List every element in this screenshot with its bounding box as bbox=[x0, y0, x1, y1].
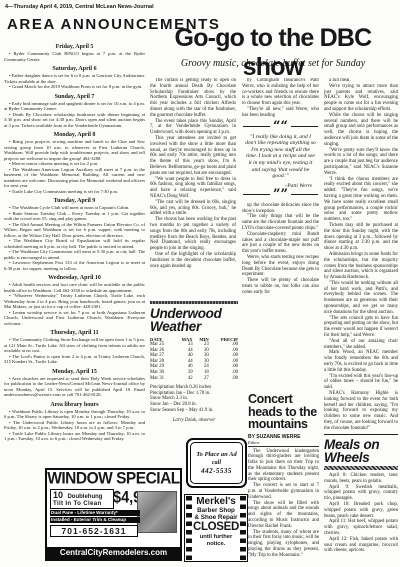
announcement-item: • Early bird rummage sale and spaghetti … bbox=[4, 101, 145, 112]
pull-quote: ““ "I really like doing it, and I don't … bbox=[243, 123, 318, 199]
rule-line bbox=[243, 126, 270, 127]
place-an-ad-ticket: To Place an Ad call 442-5535 bbox=[186, 438, 247, 488]
hatch-divider-bar bbox=[324, 466, 398, 470]
window-ad-phone: 701-652-1631 bbox=[50, 525, 138, 537]
text-item: April 8: Chicken tenders, tator rounds, … bbox=[324, 473, 398, 485]
text-item: "We want people to feel free to dress in… bbox=[150, 177, 236, 200]
section-divider-bar bbox=[150, 301, 238, 304]
window-ad-qty: 10 bbox=[53, 490, 63, 500]
announcement-item: • The Underwood Public Library hours are… bbox=[4, 420, 145, 431]
merkels-note: until further notice. bbox=[193, 534, 239, 547]
rule-line bbox=[243, 194, 270, 195]
dbc-subhead: Groovy music, chocolate buffet set for S… bbox=[148, 58, 398, 69]
folio-line: 4—Thursday April 4, 2019, Central McLean… bbox=[5, 4, 265, 10]
open-quote-icon: ““ bbox=[270, 123, 291, 131]
window-ad-feature-bar-1: Dual Pane - Lifetime Warranty* bbox=[50, 510, 140, 516]
text-item: "And all of our amazing choir members," … bbox=[324, 339, 398, 351]
newspaper-page: 4—Thursday April 4, 2019, Central McLean… bbox=[0, 0, 400, 567]
weather-table-body: Mar 253323.00Mar 264430.00Mar 274030.00M… bbox=[150, 342, 238, 381]
text-item: One of the highlights of the scholarship… bbox=[150, 252, 236, 269]
text-item: Snow Season Sep – May 41.9 in. bbox=[150, 408, 238, 414]
window-ad-feature-bar-2: Installed - Exterior Trim & Cleanup bbox=[50, 517, 140, 523]
ticket-line2: call bbox=[191, 459, 242, 467]
text-item: NEAC's Harmony Highle is looking forward… bbox=[324, 391, 398, 432]
text-item: While the chorus will be singing several… bbox=[324, 113, 398, 148]
text-item: We're trying to attract more than just p… bbox=[324, 84, 398, 113]
announcement-item: • Father daughter dance is set for 6 to … bbox=[4, 73, 145, 84]
text-item: Mark Wood, an NEAC member who fondly rem… bbox=[324, 350, 398, 373]
merkels-name: Merkel's bbox=[193, 497, 239, 507]
dbc-article-column-2: by Cottingham Insurance's Patti Werre, w… bbox=[242, 78, 319, 392]
weather-table: DATEMAXMINPRECIP Mar 253323.00Mar 264430… bbox=[150, 337, 238, 381]
text-item: There will be plenty of chocolate treats… bbox=[242, 278, 319, 295]
window-ad-website: CentralCityRemodelers.com bbox=[47, 547, 180, 559]
dbc-col2-post: up the chocolate delicacies since the sh… bbox=[242, 203, 319, 296]
announcement-item: • "Whatever Wednesday" Trinity Lutheran … bbox=[4, 293, 145, 310]
merkels-status: CLOSED bbox=[193, 521, 239, 534]
window-special-ad: WINDOW SPECIAL 10 Doublehung Tilt In To … bbox=[45, 468, 182, 561]
announcement-item: • Area churches are requested to send th… bbox=[4, 376, 145, 398]
announcement-item: • Lawrence Stephenson Post 133 of the Am… bbox=[4, 260, 145, 271]
announcement-item: • The 63rd Annual Meeting of the Wilton … bbox=[4, 222, 145, 239]
dbc-col2-pre: by Cottingham Insurance's Patti Werre, w… bbox=[242, 78, 319, 119]
announcement-item: • Grand March for the 2019 Washburn Prom… bbox=[4, 84, 145, 90]
announcement-item: • Turtle Lake City Commission meeting is… bbox=[4, 189, 145, 195]
film-strip-icon bbox=[240, 496, 246, 560]
announcement-item: • The Lord's Pantry is open from 2 to 4 … bbox=[4, 354, 145, 365]
text-item: The chorus has been working for the past… bbox=[150, 217, 236, 252]
window-ad-offer-line2: Tilt In To Clean bbox=[53, 501, 111, 508]
announcement-item: • The Washburn City Commission will meet… bbox=[4, 249, 145, 260]
weather-observer: Larry Dziuk, observer bbox=[150, 418, 238, 423]
rule-line bbox=[291, 126, 318, 127]
merkels-ad-text: Merkel's Barber Shop & Shoe Repair CLOSE… bbox=[193, 495, 239, 561]
announcement-item: • Washburn Public Library is open Monday… bbox=[4, 409, 145, 420]
announcements-column: Friday, April 5• Ryder Community Club BI… bbox=[4, 40, 145, 466]
text-item: "The cast will be dressed in 60s, singin… bbox=[150, 200, 236, 217]
text-item: "I'm excited with this year's line-up of… bbox=[324, 374, 398, 391]
text-item: The Underwood kindergarten through third… bbox=[248, 449, 319, 484]
announcement-item: • Death By Chocolate scholarship fundrai… bbox=[4, 112, 145, 129]
film-strip-icon bbox=[186, 496, 192, 560]
text-item: "We're pretty sure they'll know the word… bbox=[324, 148, 398, 177]
pull-quote-text: "I really like doing it, and I don't lik… bbox=[245, 134, 316, 180]
text-item: "The only things that will be the same a… bbox=[242, 214, 319, 231]
window-installer-photo bbox=[137, 491, 177, 533]
text-item: The concert is set to start at 7 p.m. at… bbox=[248, 483, 319, 500]
day-header: Monday, April 15 bbox=[4, 369, 145, 375]
announcement-item: • The Washburn City Board of Equalizatio… bbox=[4, 238, 145, 249]
text-item: April 11: Hot beef, whipped potato with … bbox=[324, 519, 398, 536]
announcement-item: • Turtle Lake Public Library hours are M… bbox=[4, 431, 145, 442]
weather-section: Underwood Weather DATEMAXMINPRECIP Mar 2… bbox=[150, 301, 238, 423]
announcement-item: • The Washburn American Legion Auxiliary… bbox=[4, 167, 145, 189]
pull-quote-close-rule: ”” bbox=[243, 191, 318, 199]
weather-title: Underwood Weather bbox=[150, 307, 238, 333]
text-item: up the chocolate delicacies since the sh… bbox=[242, 203, 319, 215]
text-item: The students, many of whom are in their … bbox=[248, 530, 319, 559]
table-row: Mar 314227.00 bbox=[150, 376, 238, 382]
text-item: Admission brings in some funds for the s… bbox=[324, 252, 398, 281]
announcement-item: • Adult health services and foot care cl… bbox=[4, 282, 145, 293]
day-header: Saturday, April 6 bbox=[4, 66, 145, 72]
weather-notes: Precipitation March 0.26 inchesPrecipita… bbox=[150, 385, 238, 413]
announcement-item: • Lenten worship service is set for 7 p.… bbox=[4, 310, 145, 327]
dbc-headline: Go-go to the DBC show bbox=[148, 24, 398, 82]
text-item: The curtain is getting ready to open on … bbox=[150, 78, 236, 119]
announcement-item: • Ryder Community Club BINGO begins at 7… bbox=[4, 51, 145, 62]
day-header: Monday, April 8 bbox=[4, 132, 145, 138]
announcement-item: • The Community Clothing Store-Exchange … bbox=[4, 337, 145, 354]
text-item: The show will be filled with songs about… bbox=[248, 501, 319, 530]
merkels-line2: & Shoe Repair bbox=[193, 514, 239, 521]
text-item: April 12: Fish, baked potato with sour c… bbox=[324, 537, 398, 554]
dbc-article-column-3: a full meal.We're trying to attract more… bbox=[324, 78, 398, 432]
meals-title: Meals on Wheels bbox=[324, 438, 398, 464]
concert-body: The Underwood kindergarten through third… bbox=[248, 449, 319, 559]
meals-on-wheels-section: Meals on Wheels April 8: Chicken tenders… bbox=[324, 434, 398, 565]
day-header: Friday, April 5 bbox=[4, 44, 145, 50]
day-header: Thursday, April 11 bbox=[4, 330, 145, 336]
ticket-phone: 442-5535 bbox=[191, 467, 242, 476]
text-item: "I think the chorus members are really e… bbox=[324, 177, 398, 223]
text-item: "They're all new," said Werre, who has b… bbox=[242, 107, 319, 119]
merkels-barber-ad: Merkel's Barber Shop & Shoe Repair CLOSE… bbox=[184, 494, 248, 562]
announcement-item: • Butte Seniors Tuesday Club – Every Tue… bbox=[4, 211, 145, 222]
day-header: Area library hours bbox=[4, 402, 145, 408]
text-item: April 9: Swedish meatballs, whipped pota… bbox=[324, 485, 398, 502]
day-header: Tuesday, April 9 bbox=[4, 198, 145, 204]
announcement-item: • The Washburn Cycle Club will meet at n… bbox=[4, 205, 145, 211]
place-an-ad-ticket-inner: To Place an Ad call 442-5535 bbox=[190, 442, 243, 484]
close-quote-icon: ”” bbox=[270, 191, 291, 199]
concert-headline: Concert heads to the mountains bbox=[248, 393, 319, 431]
meals-menu-list: April 8: Chicken tenders, tator rounds, … bbox=[324, 473, 398, 554]
text-item: This year attendees are invited to get i… bbox=[150, 136, 236, 177]
pull-quote-open-rule: ““ bbox=[243, 123, 318, 131]
text-item: Werre, who starts testing new recipes lo… bbox=[242, 255, 319, 278]
ticket-line1: To Place an Ad bbox=[191, 451, 242, 459]
window-ad-offer-box: 10 Doublehung Tilt In To Clean bbox=[50, 489, 114, 509]
merkels-line1: Barber Shop bbox=[193, 507, 239, 514]
concert-byline-role: Editor bbox=[248, 440, 319, 447]
rule-line bbox=[291, 194, 318, 195]
dbc-article-column-1: The curtain is getting ready to open on … bbox=[150, 78, 236, 300]
section-rule bbox=[324, 434, 398, 435]
text-item: April 10: Breaded pork chop, whipped pot… bbox=[324, 502, 398, 519]
concert-article: Concert heads to the mountains BY SUZANN… bbox=[248, 393, 319, 565]
text-item: Chocolate-raspberry mini Bundt cakes and… bbox=[242, 232, 319, 255]
announcement-item: • Bring your projects, sewing machine an… bbox=[4, 139, 145, 161]
text-item: Tickets may still be purchased at the do… bbox=[324, 223, 398, 252]
text-item: "The arts council gets to have fun prepa… bbox=[324, 316, 398, 339]
day-header: Sunday, April 7 bbox=[4, 94, 145, 100]
text-item: The event takes place this Sunday, April… bbox=[150, 119, 236, 136]
day-header: Wednesday, April 10 bbox=[4, 275, 145, 281]
text-item: by Cottingham Insurance's Patti Werre, w… bbox=[242, 78, 319, 107]
text-item: "This would be nothing without all of he… bbox=[324, 281, 398, 316]
